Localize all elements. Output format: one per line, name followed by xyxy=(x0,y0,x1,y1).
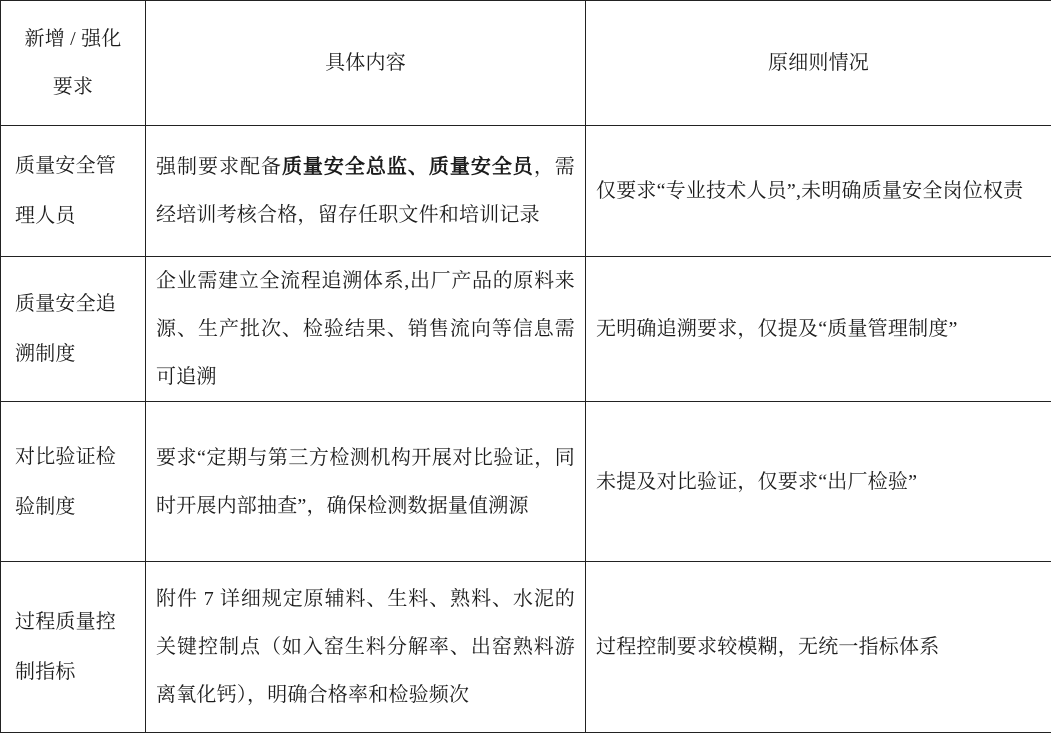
requirement-cell: 过程质量控制指标 xyxy=(1,562,146,733)
original-rules-cell: 过程控制要求较模糊，无统一指标体系 xyxy=(586,562,1051,733)
original-rules-cell: 无明确追溯要求，仅提及“质量管理制度” xyxy=(586,257,1051,402)
content-cell: 企业需建立全流程追溯体系,出厂产品的原料来源、生产批次、检验结果、销售流向等信息… xyxy=(146,257,586,402)
document-page: 新增 / 强化 要求 具体内容 原细则情况 质量安全管理人员 强制要求配备质量安… xyxy=(0,0,1051,717)
header-original-rules: 原细则情况 xyxy=(586,1,1051,126)
original-rules-cell: 未提及对比验证，仅要求“出厂检验” xyxy=(586,402,1051,562)
requirement-cell: 质量安全追溯制度 xyxy=(1,257,146,402)
content-text-bold: 质量安全总监、质量安全员 xyxy=(282,156,534,178)
content-cell: 强制要求配备质量安全总监、质量安全员，需经培训考核合格，留存任职文件和培训记录 xyxy=(146,126,586,257)
content-cell: 要求“定期与第三方检测机构开展对比验证，同时开展内部抽查”，确保检测数据量值溯源 xyxy=(146,402,586,562)
requirement-cell: 对比验证检验制度 xyxy=(1,402,146,562)
content-text: 强制要求配备 xyxy=(156,156,282,178)
table-header-row: 新增 / 强化 要求 具体内容 原细则情况 xyxy=(1,1,1051,126)
header-requirement: 新增 / 强化 要求 xyxy=(1,1,146,126)
requirement-cell: 质量安全管理人员 xyxy=(1,126,146,257)
table-row: 过程质量控制指标 附件 7 详细规定原辅料、生料、熟料、水泥的关键控制点（如入窑… xyxy=(1,562,1051,733)
content-cell: 附件 7 详细规定原辅料、生料、熟料、水泥的关键控制点（如入窑生料分解率、出窑熟… xyxy=(146,562,586,733)
comparison-table: 新增 / 强化 要求 具体内容 原细则情况 质量安全管理人员 强制要求配备质量安… xyxy=(0,0,1051,733)
table-row: 对比验证检验制度 要求“定期与第三方检测机构开展对比验证，同时开展内部抽查”，确… xyxy=(1,402,1051,562)
header-content: 具体内容 xyxy=(146,1,586,126)
table-row: 质量安全追溯制度 企业需建立全流程追溯体系,出厂产品的原料来源、生产批次、检验结… xyxy=(1,257,1051,402)
original-rules-cell: 仅要求“专业技术人员”,未明确质量安全岗位权责 xyxy=(586,126,1051,257)
table-row: 质量安全管理人员 强制要求配备质量安全总监、质量安全员，需经培训考核合格，留存任… xyxy=(1,126,1051,257)
